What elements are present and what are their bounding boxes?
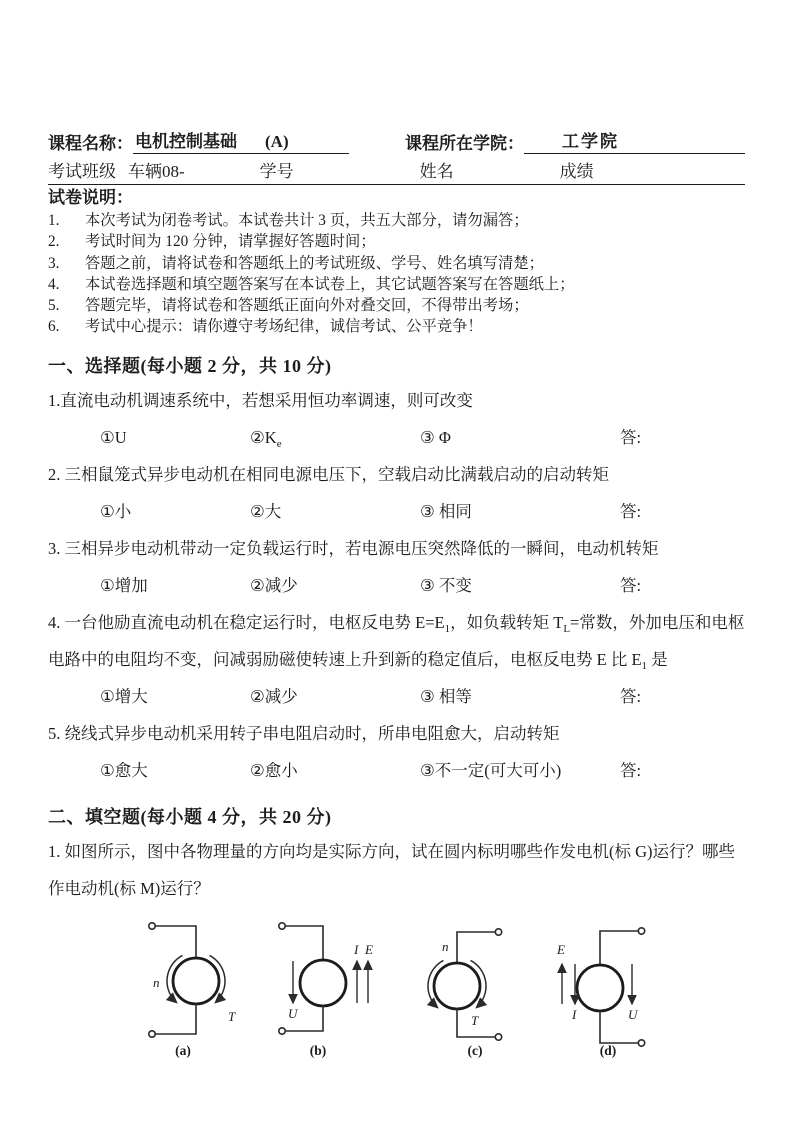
option-2: ②减少 bbox=[250, 678, 420, 715]
option-2-main: ②K bbox=[250, 428, 277, 447]
wire bbox=[155, 926, 196, 958]
speed-n-label: n bbox=[442, 939, 449, 954]
college-label: 课程所在学院： bbox=[405, 129, 524, 154]
current-i-label: I bbox=[353, 942, 359, 957]
answer-blank: 答: bbox=[620, 752, 745, 789]
wire bbox=[457, 932, 495, 963]
answer-blank: 答: bbox=[620, 678, 745, 715]
emf-e-label: E bbox=[364, 942, 373, 957]
answer-blank: 答: bbox=[620, 493, 745, 530]
terminal-icon bbox=[638, 1040, 644, 1046]
terminal-icon bbox=[279, 1028, 285, 1034]
instruction-text: 本试卷选择题和填空题答案写在本试卷上，其它试题答案写在答题纸上； bbox=[85, 274, 745, 295]
terminal-icon bbox=[149, 1031, 155, 1037]
diagram-c-label: (c) bbox=[468, 1043, 483, 1058]
terminal-icon bbox=[638, 928, 644, 934]
header-line-2: 考试班级 车辆08- 学号 姓名 成绩 bbox=[48, 154, 745, 185]
option-1: ①U bbox=[100, 419, 250, 456]
q4-text-part: 是 bbox=[647, 650, 668, 669]
speed-n-label: n bbox=[153, 975, 160, 990]
course-name-blank: 电机控制基础 (A) bbox=[133, 127, 349, 154]
option-1: ①愈大 bbox=[100, 752, 250, 789]
wire bbox=[155, 1004, 196, 1034]
circuit-diagrams-row: n T (a) U I E (b) bbox=[48, 911, 745, 1061]
circuit-diagram-d: E I U (d) bbox=[528, 911, 658, 1061]
option-3: ③不一定(可大可小) bbox=[420, 752, 620, 789]
instruction-text: 本次考试为闭卷考试。本试卷共计 3 页，共五大部分，请勿漏答； bbox=[85, 210, 745, 231]
option-1: ①小 bbox=[100, 493, 250, 530]
option-3: ③ 相等 bbox=[420, 678, 620, 715]
indent bbox=[48, 678, 100, 715]
instruction-item: 5. 答题完毕，请将试卷和答题纸正面向外对叠交回，不得带出考场； bbox=[48, 295, 745, 316]
rotation-arrow-n bbox=[428, 960, 443, 1007]
question-5-options: ①愈大 ②愈小 ③不一定(可大可小) 答: bbox=[48, 752, 745, 789]
instruction-number: 5. bbox=[48, 295, 85, 316]
voltage-u-label: U bbox=[288, 1006, 299, 1021]
emf-e-label: E bbox=[556, 942, 565, 957]
score-label: 成绩 bbox=[560, 157, 594, 182]
course-name: 电机控制基础 bbox=[135, 127, 237, 152]
instruction-text: 答题完毕，请将试卷和答题纸正面向外对叠交回，不得带出考场； bbox=[85, 295, 745, 316]
terminal-icon bbox=[149, 923, 155, 929]
student-id-label: 学号 bbox=[260, 157, 294, 182]
header-line-1: 课程名称： 电机控制基础 (A) 课程所在学院： 工学院 bbox=[48, 126, 745, 154]
fill-question-1-text: 1. 如图所示，图中各物理量的方向均是实际方向，试在圆内标明哪些作发电机(标 G… bbox=[48, 833, 745, 907]
question-4-text: 4. 一台他励直流电动机在稳定运行时，电枢反电势 E=E1，如负载转矩 TL=常… bbox=[48, 604, 745, 678]
question-2-text: 2. 三相鼠笼式异步电动机在相同电源电压下，空载启动比满载启动的启动转矩 bbox=[48, 456, 745, 493]
option-3: ③ Φ bbox=[420, 419, 620, 456]
instruction-number: 4. bbox=[48, 274, 85, 295]
option-2: ②愈小 bbox=[250, 752, 420, 789]
indent bbox=[48, 419, 100, 456]
rotation-arrow-t bbox=[471, 960, 486, 1007]
instruction-number: 1. bbox=[48, 210, 85, 231]
instruction-number: 6. bbox=[48, 316, 85, 337]
option-2: ②Ke bbox=[250, 419, 420, 456]
college-name: 工学院 bbox=[562, 127, 619, 152]
rotation-arrow-t bbox=[210, 955, 225, 1002]
instruction-text: 答题之前，请将试卷和答题纸上的考试班级、学号、姓名填写清楚； bbox=[85, 253, 745, 274]
question-4-options: ①增大 ②减少 ③ 相等 答: bbox=[48, 678, 745, 715]
instruction-number: 2. bbox=[48, 231, 85, 252]
diagram-d-label: (d) bbox=[600, 1043, 617, 1058]
question-3-text: 3. 三相异步电动机带动一定负载运行时，若电源电压突然降低的一瞬间，电动机转矩 bbox=[48, 530, 745, 567]
rotation-arrow-n bbox=[167, 955, 182, 1002]
instruction-item: 6. 考试中心提示：请你遵守考场纪律，诚信考试、公平竞争！ bbox=[48, 316, 745, 337]
class-value: 车辆08- bbox=[128, 157, 185, 182]
current-i-label: I bbox=[571, 1007, 577, 1022]
option-3: ③ 不变 bbox=[420, 567, 620, 604]
paper-code: (A) bbox=[265, 132, 289, 152]
motor-circle bbox=[577, 965, 623, 1011]
option-1: ①增大 bbox=[100, 678, 250, 715]
voltage-u-label: U bbox=[628, 1007, 639, 1022]
answer-blank: 答: bbox=[620, 419, 745, 456]
option-2-subscript: e bbox=[277, 438, 282, 450]
question-2-options: ①小 ②大 ③ 相同 答: bbox=[48, 493, 745, 530]
option-1: ①增加 bbox=[100, 567, 250, 604]
instruction-text: 考试中心提示：请你遵守考场纪律，诚信考试、公平竞争！ bbox=[85, 316, 745, 337]
q4-text-part: 4. 一台他励直流电动机在稳定运行时，电枢反电势 E=E bbox=[48, 613, 445, 632]
question-1-text: 1.直流电动机调速系统中，若想采用恒功率调速，则可改变 bbox=[48, 382, 745, 419]
circuit-diagram-a: n T (a) bbox=[134, 911, 254, 1061]
terminal-icon bbox=[495, 929, 501, 935]
circuit-diagram-b: U I E (b) bbox=[261, 911, 381, 1061]
option-2: ②大 bbox=[250, 493, 420, 530]
option-3: ③ 相同 bbox=[420, 493, 620, 530]
section2-title: 二、填空题(每小题 4 分，共 20 分) bbox=[48, 797, 745, 833]
question-5-text: 5. 绕线式异步电动机采用转子串电阻启动时，所串电阻愈大，启动转矩 bbox=[48, 715, 745, 752]
instruction-item: 4. 本试卷选择题和填空题答案写在本试卷上，其它试题答案写在答题纸上； bbox=[48, 274, 745, 295]
indent bbox=[48, 752, 100, 789]
instructions-title: 试卷说明： bbox=[48, 185, 745, 210]
exam-paper-page: 课程名称： 电机控制基础 (A) 课程所在学院： 工学院 考试班级 车辆08- … bbox=[0, 0, 793, 1122]
course-label: 课程名称： bbox=[48, 129, 133, 154]
motor-circle bbox=[434, 963, 480, 1009]
answer-blank: 答: bbox=[620, 567, 745, 604]
instruction-text: 考试时间为 120 分钟，请掌握好答题时间； bbox=[85, 231, 745, 252]
question-3-options: ①增加 ②减少 ③ 不变 答: bbox=[48, 567, 745, 604]
circuit-diagram-c: n T (c) bbox=[411, 911, 526, 1061]
diagram-b-label: (b) bbox=[310, 1043, 327, 1058]
college-blank: 工学院 bbox=[524, 127, 745, 154]
instruction-number: 3. bbox=[48, 253, 85, 274]
wire bbox=[285, 926, 323, 960]
question-1-options: ①U ②Ke ③ Φ 答: bbox=[48, 419, 745, 456]
torque-t-label: T bbox=[471, 1013, 479, 1028]
wire bbox=[600, 931, 638, 965]
terminal-icon bbox=[495, 1034, 501, 1040]
diagram-a-label: (a) bbox=[175, 1043, 191, 1058]
section1-title: 一、选择题(每小题 2 分，共 10 分) bbox=[48, 346, 745, 382]
name-label: 姓名 bbox=[420, 157, 454, 182]
option-2: ②减少 bbox=[250, 567, 420, 604]
q4-text-part: ，如负载转矩 T bbox=[450, 613, 563, 632]
instruction-item: 1. 本次考试为闭卷考试。本试卷共计 3 页，共五大部分，请勿漏答； bbox=[48, 210, 745, 231]
instruction-item: 2. 考试时间为 120 分钟，请掌握好答题时间； bbox=[48, 231, 745, 252]
terminal-icon bbox=[279, 923, 285, 929]
motor-circle bbox=[300, 960, 346, 1006]
instruction-item: 3. 答题之前，请将试卷和答题纸上的考试班级、学号、姓名填写清楚； bbox=[48, 253, 745, 274]
torque-t-label: T bbox=[228, 1009, 236, 1024]
indent bbox=[48, 567, 100, 604]
indent bbox=[48, 493, 100, 530]
motor-circle bbox=[173, 958, 219, 1004]
class-label: 考试班级 bbox=[48, 157, 116, 182]
